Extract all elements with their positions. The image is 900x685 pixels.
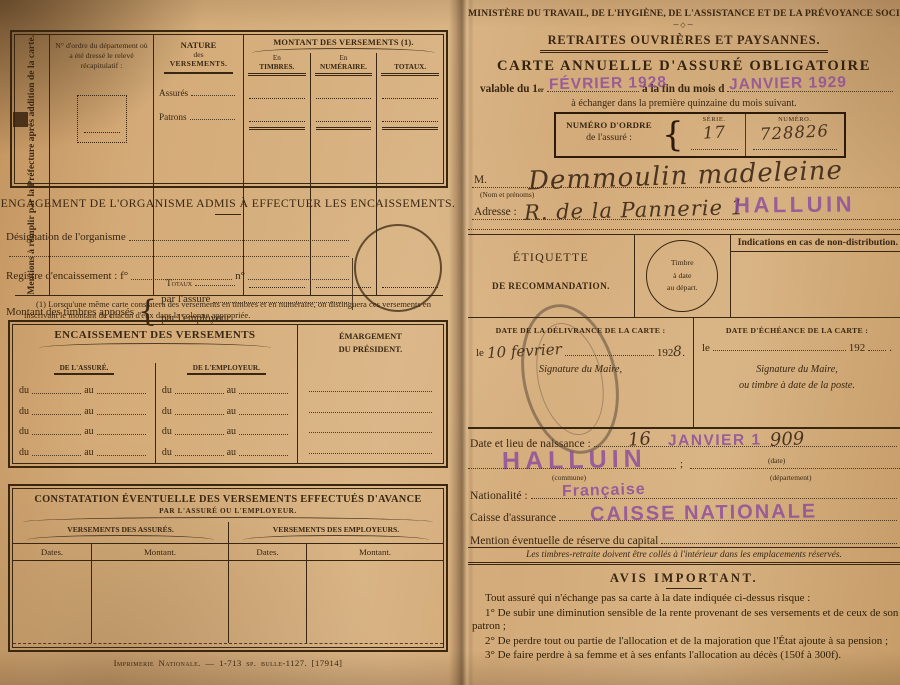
subcol-employeur-label: DE L'EMPLOYEUR.: [187, 363, 266, 375]
dotted-leader: [309, 430, 432, 433]
series-title-wrap: RETRAITES OUVRIÈRES ET PAYSANNES.: [468, 31, 900, 53]
echeance-signature: Signature du Maire, ou timbre à date de …: [694, 362, 900, 394]
stamp-caisse-nationale: CAISSE NATIONALE: [590, 500, 818, 526]
du-label: du: [19, 406, 29, 417]
du-label: du: [162, 426, 172, 437]
dotted-leader: [239, 432, 288, 435]
group-arc: [27, 535, 214, 540]
col-montant-employeurs: Montant.: [306, 544, 443, 560]
order-label: NUMÉRO D'ORDRE de l'assuré :: [556, 114, 662, 156]
etiquette-label-1: ÉTIQUETTE: [468, 250, 634, 265]
du-au-cell: duau: [155, 422, 297, 443]
du-au-cell: duau: [155, 442, 297, 463]
col-montant-assures: Montant.: [91, 544, 228, 560]
scanned-card: Mentions à remplir par la Préfecture apr…: [0, 0, 900, 685]
dotted-leader: [239, 391, 288, 394]
constatation-title: CONSTATATION ÉVENTUELLE DES VERSEMENTS E…: [13, 489, 443, 505]
au-label: au: [84, 447, 93, 458]
dates-section: DATE DE LA DÉLIVRANCE DE LA CARTE : le 1…: [468, 318, 900, 429]
encaissement-arc: [39, 343, 271, 348]
card-title: CARTE ANNUELLE D'ASSURÉ OBLIGATOIRE: [468, 58, 900, 75]
year-printed: 192: [657, 347, 674, 359]
ornament-divider: ─◇─: [468, 21, 900, 29]
cell-patrons-totaux: [382, 99, 438, 122]
designation-line: Désignation de l'organisme: [6, 231, 352, 243]
caisse-label: Caisse d'assurance: [470, 511, 556, 524]
constatation-groups: VERSEMENTS DES ASSURÉS. VERSEMENTS DES E…: [13, 522, 443, 543]
dotted-leader: [97, 412, 146, 415]
du-au-row: duau duau: [13, 380, 443, 401]
validity-from-field: FÉVRIER 1928: [547, 89, 639, 92]
stamp-halluin-address: HALLUIN: [734, 191, 855, 218]
dotted-leader: [9, 254, 349, 257]
le-label: le: [702, 342, 710, 354]
constatation-body: [13, 561, 443, 644]
stamp-janvier-1929: JANVIER 1929: [729, 74, 847, 94]
cell-patrons-numeraire: [316, 99, 372, 122]
dotted-leader: [97, 453, 146, 456]
nationality-label: Nationalité :: [470, 489, 528, 502]
registre-line: Registre d'encaissement : f°n°: [6, 270, 352, 282]
numero-field: NUMÉRO. 728826: [746, 114, 844, 156]
dept-order-label: N° d'ordre du département où a été dress…: [55, 41, 147, 70]
subcol-assure: DE L'ASSURÉ.: [13, 363, 155, 380]
dotted-leader: [131, 277, 232, 280]
engagement-title: ENGAGEMENT DE L'ORGANISME ADMIS À EFFECT…: [0, 196, 456, 215]
stamp-francaise: Française: [562, 481, 646, 501]
emargement-cell: [297, 380, 443, 401]
delivrance-section: DATE DE LA DÉLIVRANCE DE LA CARTE : le 1…: [468, 318, 694, 427]
col-totaux-head: TOTAUX.: [377, 53, 443, 73]
postmark-line-2: à date: [673, 270, 691, 282]
du-label: du: [162, 447, 172, 458]
order-label-1: NUMÉRO D'ORDRE: [556, 120, 662, 130]
exchange-note: à échanger dans la première quinzaine du…: [468, 98, 900, 109]
order-number-box: NUMÉRO D'ORDRE de l'assuré : { SÉRIE. 17…: [554, 112, 846, 158]
dotted-leader: [175, 432, 224, 435]
emargement-label-2: DU PRÉSIDENT.: [298, 343, 443, 356]
nature-header-3: VERSEMENTS.: [154, 59, 243, 68]
serie-value-handwritten: 17: [702, 122, 726, 142]
dotted-leader: [190, 117, 235, 120]
col-dates-assures: Dates.: [13, 544, 91, 560]
summary-table-inner: Mentions à remplir par la Préfecture apr…: [14, 34, 444, 184]
row-assures: Assurés: [154, 74, 243, 98]
row-patrons-label: Patrons: [159, 112, 187, 122]
nature-header-2: des: [154, 50, 243, 59]
dotted-leader: [191, 93, 235, 96]
ministry-header: MINISTÈRE DU TRAVAIL, DE L'HYGIÈNE, DE L…: [468, 8, 900, 19]
cell-patrons-timbres: [249, 99, 305, 122]
non-distribution-cell: Indications en cas de non-distribution.: [731, 235, 900, 317]
au-label: au: [227, 447, 236, 458]
au-label: au: [227, 426, 236, 437]
imprint-footer: Imprimerie Nationale. — 1-713 sp. bulle-…: [0, 658, 456, 668]
du-au-cell: duau: [13, 401, 155, 422]
mention-label: Mention éventuelle de réserve du capital: [470, 534, 658, 547]
nature-header-1: NATURE: [154, 35, 243, 50]
postmark-line-1: Timbre: [671, 257, 694, 269]
address-handwritten: R. de la Pannerie 1: [524, 195, 746, 225]
stamp-fevrier-1928: FÉVRIER 1928: [549, 74, 667, 94]
validity-line: valable du 1er FÉVRIER 1928 à la fin du …: [480, 83, 896, 95]
col-dates-employeurs: Dates.: [228, 544, 306, 560]
name-line: M. Demmoulin madeleine: [472, 164, 900, 188]
address-label: Adresse :: [474, 206, 517, 218]
dot: .: [682, 347, 685, 359]
subcol-employeur: DE L'EMPLOYEUR.: [155, 363, 297, 380]
avis-body: Tout assuré qui n'échange pas sa carte à…: [472, 592, 900, 664]
du-au-cell: duau: [155, 380, 297, 401]
dotted-leader: [175, 391, 224, 394]
subcol-emargement-spacer: [297, 363, 443, 380]
row-patrons: Patrons: [154, 98, 243, 122]
avis-item: 2° De perdre tout ou partie de l'allocat…: [472, 635, 900, 649]
du-label: du: [162, 406, 172, 417]
montant-apposes-label: Montant des timbres apposés: [6, 306, 134, 318]
avis-intro: Tout assuré qui n'échange pas sa carte à…: [472, 592, 900, 606]
validity-to-field: JANVIER 1929: [727, 89, 893, 92]
cell-assures-timbres: [249, 76, 305, 99]
validity-sup: er: [538, 86, 544, 94]
stamp-halluin-commune: HALLUIN: [502, 445, 647, 477]
commune-caption: (commune): [552, 473, 586, 482]
dotted-leader: [175, 412, 224, 415]
dotted-leader: [309, 451, 432, 454]
dotted-leader: [32, 391, 81, 394]
birth-handwritten-year: 909: [769, 428, 804, 451]
emargement-column-head: ÉMARGEMENT DU PRÉSIDENT.: [297, 325, 443, 363]
dotted-leader: [868, 348, 886, 351]
du-au-cell: duau: [13, 422, 155, 443]
departement-caption: (département): [770, 473, 811, 482]
designation-line-2: [6, 254, 352, 259]
group-assures-label: VERSEMENTS DES ASSURÉS.: [67, 525, 174, 534]
le-label: le: [476, 347, 484, 359]
order-label-2: de l'assuré :: [556, 132, 662, 143]
timbres-note: Les timbres-retraite doivent être collés…: [468, 547, 900, 565]
du-label: du: [19, 385, 29, 396]
avis-title: AVIS IMPORTANT.: [468, 571, 900, 589]
au-label: au: [84, 406, 93, 417]
stamp-janvier-birth: JANVIER 1: [668, 432, 762, 451]
postmark-circle: Timbre à date au départ.: [646, 240, 718, 312]
echeance-signature-2: ou timbre à date de la poste.: [694, 378, 900, 394]
avis-item: 3° De faire perdre à sa femme et à ses e…: [472, 649, 900, 663]
nationality-line: Nationalité : Française: [470, 489, 900, 502]
body-montant-assures: [91, 561, 228, 643]
commune-separator: ;: [680, 458, 683, 470]
au-label: au: [227, 385, 236, 396]
group-assures: VERSEMENTS DES ASSURÉS.: [13, 522, 228, 543]
du-au-row: duau duau: [13, 442, 443, 463]
du-au-row: duau duau: [13, 401, 443, 422]
group-employeurs: VERSEMENTS DES EMPLOYEURS.: [228, 522, 443, 543]
emargement-cell: [297, 442, 443, 463]
col-timbres-label: TIMBRES.: [259, 63, 294, 71]
encaissement-table: ENCAISSEMENT DES VERSEMENTS ÉMARGEMENT D…: [8, 320, 448, 468]
encaissement-subhead: DE L'ASSURÉ. DE L'EMPLOYEUR.: [13, 363, 443, 380]
col-numeraire-head: EnNUMÉRAIRE.: [311, 53, 377, 73]
constatation-subhead: Dates. Montant. Dates. Montant.: [13, 543, 443, 561]
par-assure-label: par l'assuré: [161, 293, 210, 305]
au-label: au: [227, 406, 236, 417]
row-assures-label: Assurés: [159, 88, 188, 98]
cell-assures-totaux: [382, 76, 438, 99]
dotted-line: [468, 229, 900, 230]
serie-label: SÉRIE.: [684, 116, 745, 123]
etiquette-section: ÉTIQUETTE DE RECOMMANDATION. Timbre à da…: [468, 234, 900, 318]
right-page: MINISTÈRE DU TRAVAIL, DE L'HYGIÈNE, DE L…: [468, 0, 900, 685]
dotted-leader: [713, 348, 846, 351]
validity-prefix: valable du 1: [480, 83, 538, 95]
numero-value-handwritten: 728826: [760, 121, 830, 144]
dotted-leader: [213, 300, 349, 303]
brace-glyph: {: [662, 114, 684, 156]
dotted-leader: [129, 238, 349, 241]
avis-item: 1° De subir une diminution sensible de l…: [472, 607, 900, 634]
dotted-leader: [248, 277, 349, 280]
col-numeraire-en: En: [340, 54, 348, 62]
dotted-leader: [661, 541, 897, 544]
series-title: RETRAITES OUVRIÈRES ET PAYSANNES.: [540, 33, 829, 53]
au-label: au: [84, 426, 93, 437]
dept-order-box: [77, 95, 127, 143]
serie-field: SÉRIE. 17: [684, 114, 746, 156]
dotted-leader: [239, 453, 288, 456]
encaissement-head: ENCAISSEMENT DES VERSEMENTS ÉMARGEMENT D…: [13, 325, 443, 363]
du-au-cell: duau: [13, 442, 155, 463]
group-arc: [243, 535, 429, 540]
dotted-leader: [309, 389, 432, 392]
du-label: du: [19, 447, 29, 458]
echeance-section: DATE D'ÉCHÉANCE DE LA CARTE : le 192 . S…: [694, 318, 900, 427]
col-timbres-head: EnTIMBRES.: [244, 53, 310, 73]
etiquette-label-2: DE RECOMMANDATION.: [468, 281, 634, 291]
postmark-cell: Timbre à date au départ.: [634, 235, 731, 317]
du-au-cell: duau: [13, 380, 155, 401]
non-distribution-header: Indications en cas de non-distribution.: [731, 235, 900, 252]
echeance-label: DATE D'ÉCHÉANCE DE LA CARTE :: [694, 326, 900, 335]
constatation-inner: CONSTATATION ÉVENTUELLE DES VERSEMENTS E…: [12, 488, 444, 648]
birth-date-caption: (date): [768, 456, 785, 465]
left-page: Mentions à remplir par la Préfecture apr…: [0, 0, 456, 685]
dotted-leader: [175, 453, 224, 456]
cell-assures-numeraire: [316, 76, 372, 99]
emargement-label-1: ÉMARGEMENT: [298, 330, 443, 343]
engagement-lines: Désignation de l'organisme Registre d'en…: [6, 231, 352, 331]
subcol-assure-label: DE L'ASSURÉ.: [54, 363, 115, 375]
au-label: au: [84, 385, 93, 396]
delivrance-handwritten-year: 8: [673, 344, 683, 361]
du-au-row: duau duau: [13, 422, 443, 443]
emargement-cell: [297, 422, 443, 443]
name-handwritten: Demmoulin madeleine: [528, 156, 844, 197]
par-assure-line: par l'assuré: [161, 293, 352, 305]
montant-header: MONTANT DES VERSEMENTS (1).: [244, 35, 443, 47]
ink-blot: [13, 112, 28, 127]
echeance-date-line: le 192 .: [702, 342, 892, 354]
registre-label: Registre d'encaissement : f°: [6, 270, 128, 282]
year-printed: 192: [849, 342, 866, 354]
encaissement-title: ENCAISSEMENT DES VERSEMENTS: [13, 329, 297, 341]
constatation-subtitle: PAR L'ASSURÉ OU L'EMPLOYEUR.: [13, 505, 443, 516]
echeance-signature-1: Signature du Maire,: [694, 362, 900, 378]
constatation-table: CONSTATATION ÉVENTUELLE DES VERSEMENTS E…: [8, 484, 448, 652]
dotted-leader: [309, 410, 432, 413]
emargement-cell: [297, 401, 443, 422]
departement-dotted-line: [690, 468, 900, 469]
dotted-leader: [97, 432, 146, 435]
mention-line: Mention éventuelle de réserve du capital: [470, 534, 900, 547]
registre-numero-label: n°: [235, 270, 245, 282]
dot: .: [889, 342, 892, 354]
body-montant-employeurs: [306, 561, 443, 643]
du-au-cell: duau: [155, 401, 297, 422]
seal-circle-placeholder: [354, 224, 442, 312]
dotted-leader: [32, 432, 81, 435]
col-numeraire-label: NUMÉRAIRE.: [320, 63, 367, 71]
dotted-leader: [32, 412, 81, 415]
du-label: du: [19, 426, 29, 437]
summary-table: Mentions à remplir par la Préfecture apr…: [10, 30, 448, 188]
engagement-divider: [352, 258, 353, 310]
name-prefix: M.: [474, 174, 487, 186]
encaissement-inner: ENCAISSEMENT DES VERSEMENTS ÉMARGEMENT D…: [12, 324, 444, 464]
commune-dotted-line: [468, 468, 676, 469]
du-label: du: [162, 385, 172, 396]
dotted-leader: [32, 453, 81, 456]
caisse-line: Caisse d'assurance CAISSE NATIONALE: [470, 511, 900, 524]
dotted-leader: [97, 391, 146, 394]
dotted-leader: [239, 412, 288, 415]
designation-label: Désignation de l'organisme: [6, 231, 126, 243]
postmark-line-3: au départ.: [667, 282, 698, 294]
encaissement-head-left: ENCAISSEMENT DES VERSEMENTS: [13, 325, 297, 363]
col-totaux-label: TOTAUX.: [394, 63, 426, 71]
group-employeurs-label: VERSEMENTS DES EMPLOYEURS.: [273, 525, 399, 534]
body-dates-employeurs: [228, 561, 306, 643]
col-timbres-en: En: [273, 54, 281, 62]
body-dates-assures: [13, 561, 91, 643]
